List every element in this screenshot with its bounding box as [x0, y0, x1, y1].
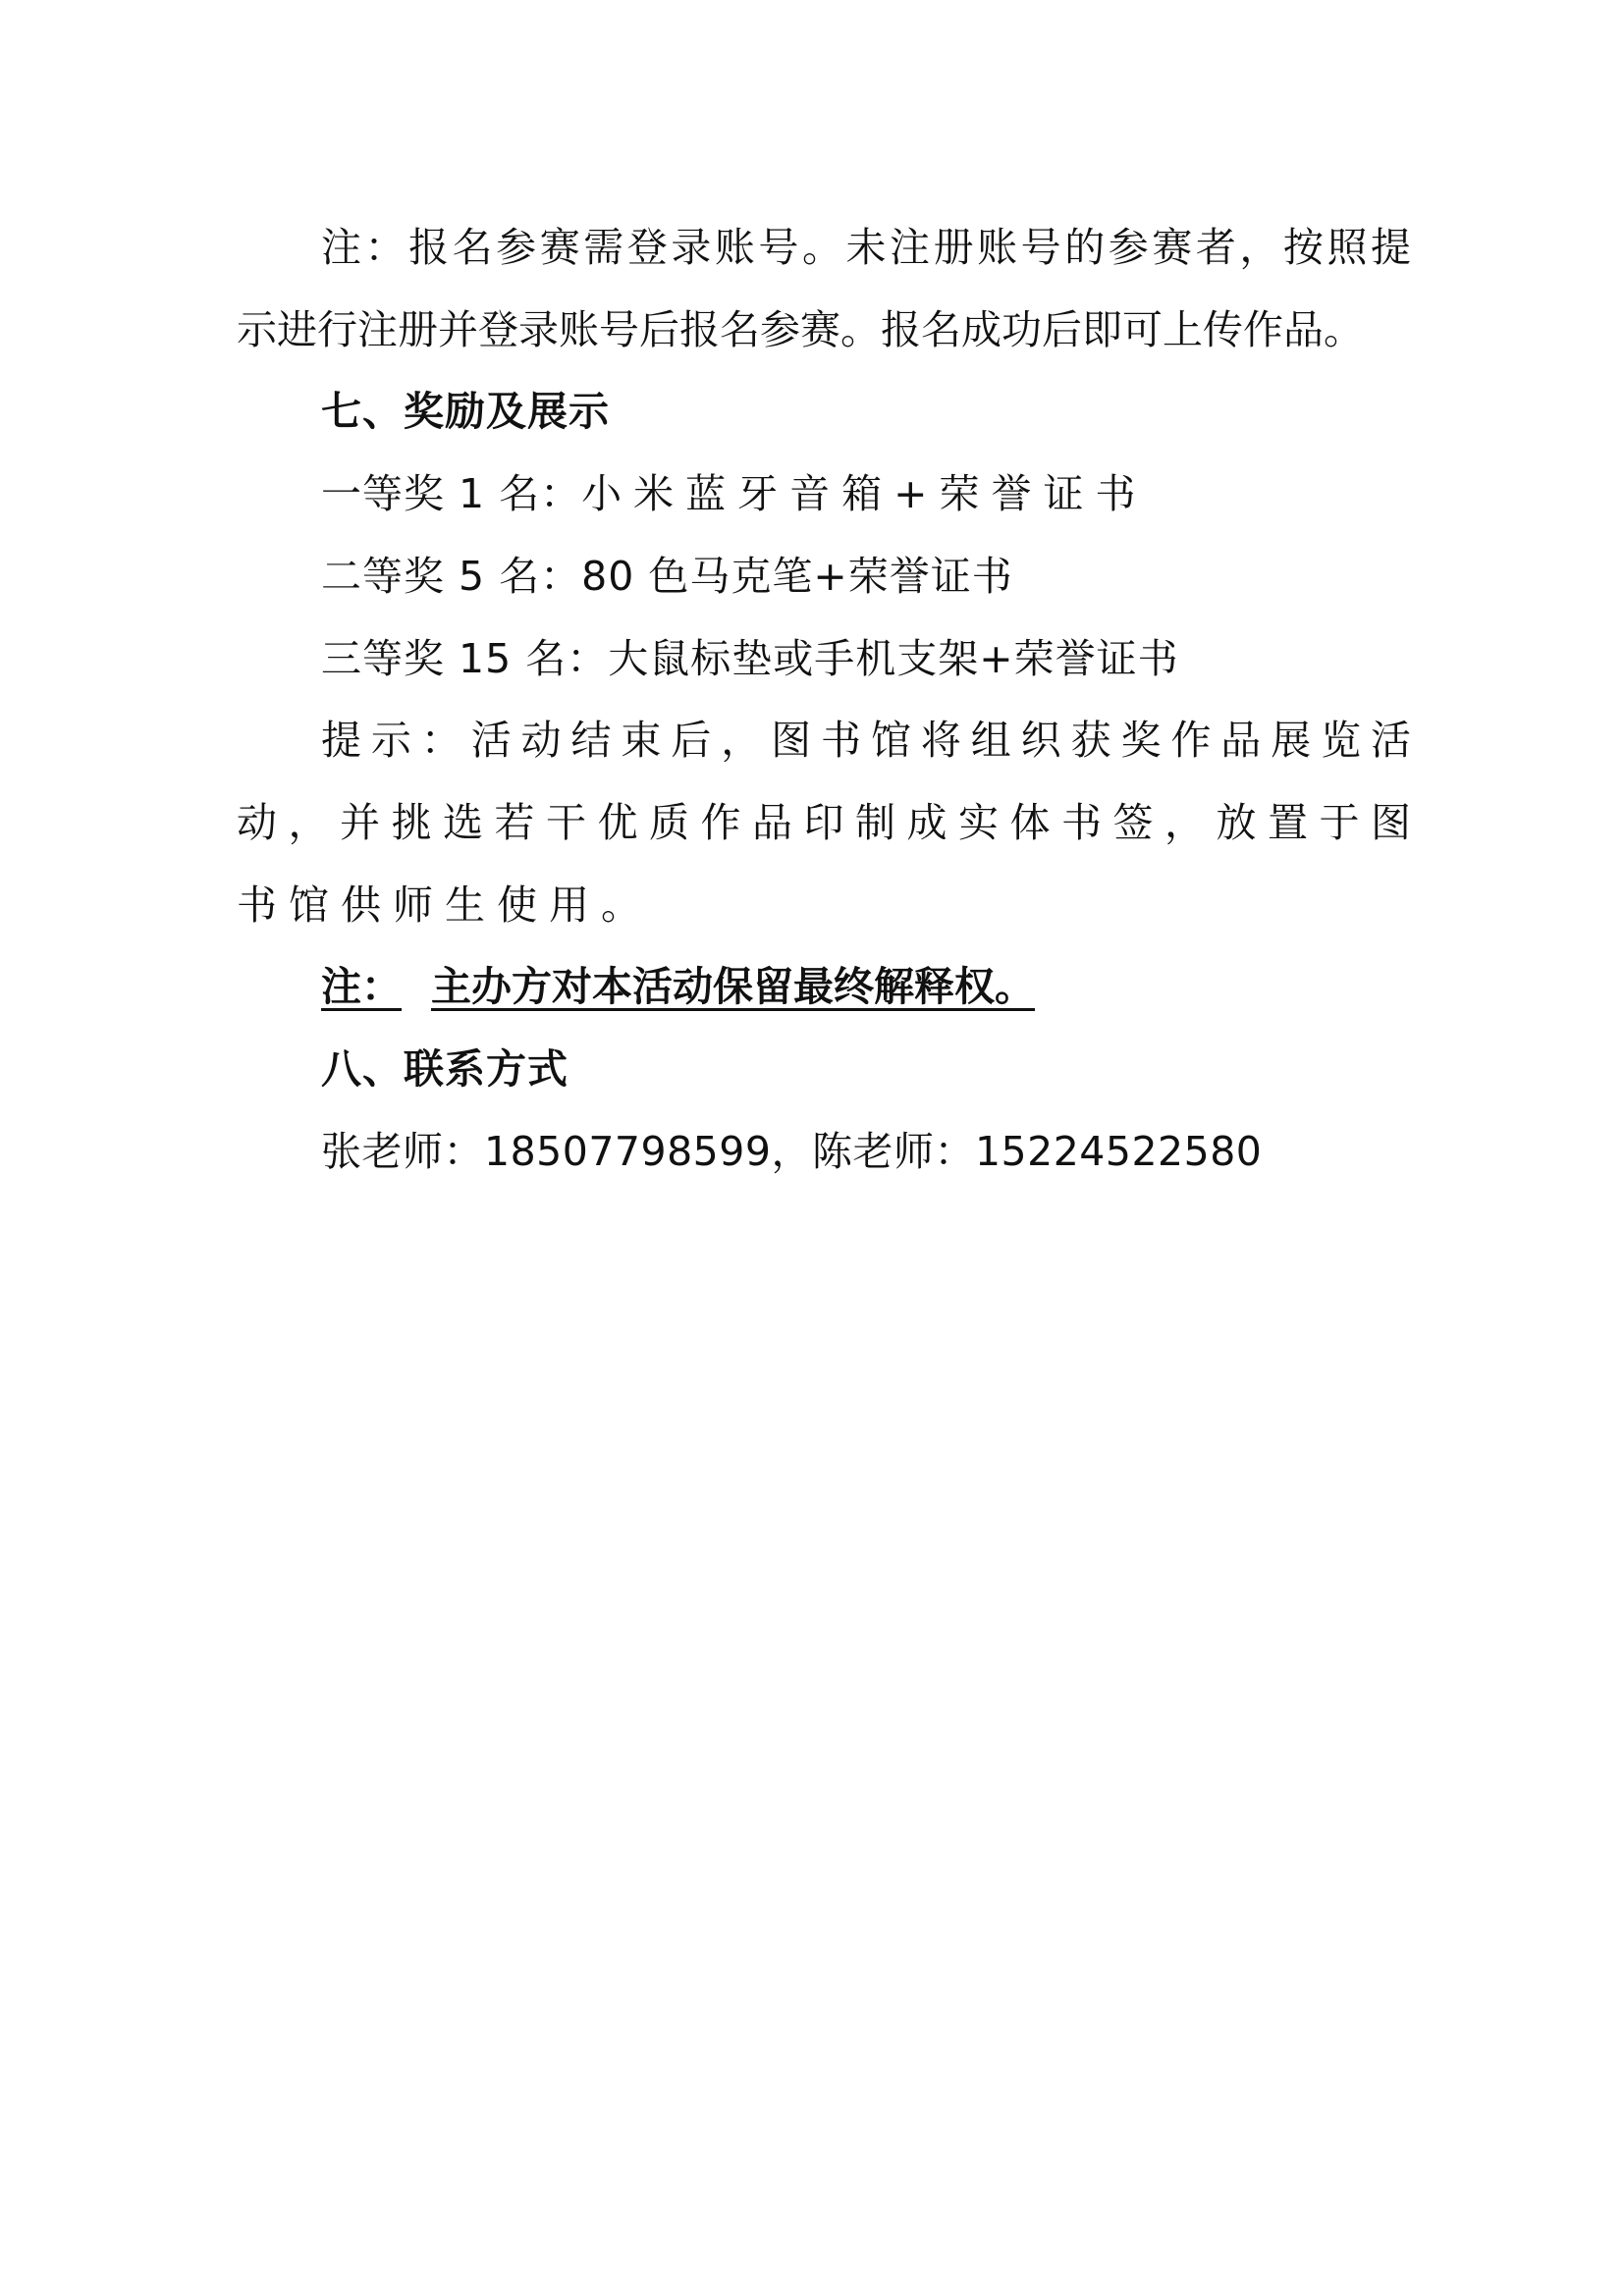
document-page: 注：报名参赛需登录账号。未注册账号的参赛者，按照提 示进行注册并登录账号后报名参… [237, 207, 1411, 1193]
prize-second-label: 二等奖 5 名： [321, 553, 581, 600]
contact-separator: ， [771, 1128, 812, 1175]
contact-1-phone: 18507798599 [484, 1128, 771, 1175]
tip-line-2: 动，并挑选若干优质作品印制成实体书签，放置于图 [237, 782, 1411, 865]
prize-third: 三等奖 15 名：大鼠标垫或手机支架+荣誉证书 [237, 618, 1411, 701]
contact-2-name: 陈老师： [812, 1128, 975, 1175]
final-note-text: 主办方对本活动保留最终解释权。 [431, 963, 1035, 1010]
registration-note-line-2: 示进行注册并登录账号后报名参赛。报名成功后即可上传作品。 [237, 290, 1411, 372]
section-8-heading: 八、联系方式 [237, 1029, 1411, 1111]
prize-first: 一等奖 1 名：小米蓝牙音箱+荣誉证书 [237, 454, 1411, 536]
contact-2-phone: 15224522580 [975, 1128, 1262, 1175]
tip-line-3: 书馆供师生使用。 [237, 865, 1411, 947]
prize-second-reward: 80 色马克笔+荣誉证书 [581, 553, 1013, 600]
prize-first-label: 一等奖 1 名： [321, 470, 581, 517]
contact-1-name: 张老师： [321, 1128, 484, 1175]
section-7-heading: 七、奖励及展示 [237, 371, 1411, 454]
prize-third-reward: 大鼠标垫或手机支架+荣誉证书 [608, 635, 1178, 682]
prize-second: 二等奖 5 名：80 色马克笔+荣誉证书 [237, 536, 1411, 618]
prize-first-reward: 小米蓝牙音箱+荣誉证书 [581, 470, 1147, 517]
contact-line: 张老师：18507798599，陈老师：15224522580 [237, 1111, 1411, 1194]
prize-third-label: 三等奖 15 名： [321, 635, 608, 682]
final-note-underlined: 注：主办方对本活动保留最终解释权。 [321, 963, 1035, 1010]
final-note-prefix: 注： [321, 963, 402, 1010]
final-note: 注：主办方对本活动保留最终解释权。 [237, 946, 1411, 1029]
registration-note-line-1: 注：报名参赛需登录账号。未注册账号的参赛者，按照提 [237, 207, 1411, 290]
tip-line-1: 提示：活动结束后，图书馆将组织获奖作品展览活 [237, 700, 1411, 782]
